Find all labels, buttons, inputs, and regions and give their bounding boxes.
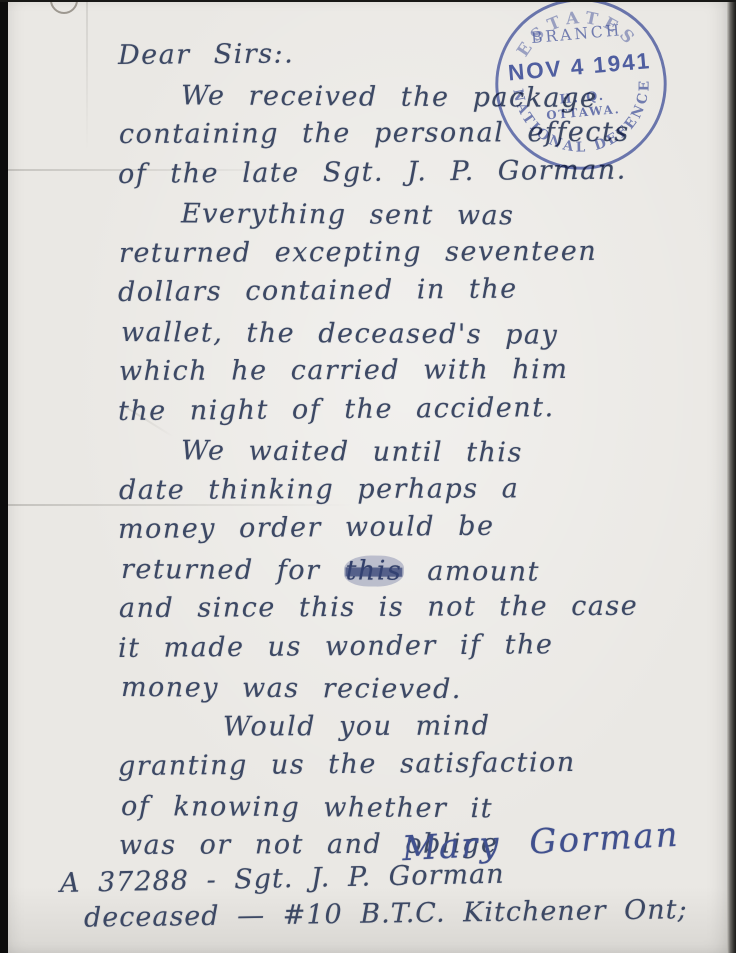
letter-line: money order would be	[118, 505, 718, 550]
scan-edge-right	[727, 0, 736, 953]
letter-line: which he carried with him	[119, 349, 718, 391]
letter-line: returned excepting seventeen	[119, 231, 718, 273]
stamp-city-text: OTTAWA.	[546, 102, 621, 122]
scan-edge-left	[0, 0, 8, 953]
footer-annotation: A 37288 - Sgt. J. P. Gorman deceased — #…	[60, 866, 688, 936]
struck-word: this	[343, 555, 404, 586]
letter-line: and since this is not the case	[119, 586, 718, 628]
address-line: deceased — #10 B.T.C. Kitchener Ont;	[60, 892, 688, 936]
letter-line: date thinking perhaps a	[119, 468, 718, 510]
letter-line: Everything sent was	[121, 194, 718, 237]
letter-line: money was recieved.	[121, 668, 718, 711]
letter-line: the night of the accident.	[118, 386, 718, 431]
strike-pre-text: returned for	[121, 554, 344, 586]
scanned-letter-page: { "stamp": { "color": "#4053a8", "arc_to…	[0, 0, 736, 953]
paper-crease	[86, 2, 88, 152]
letter-line: it made us wonder if the	[118, 623, 718, 668]
date-stamp-icon: ESTATES BRANCH NOV 4 1941 H. Q. OTTAWA. …	[480, 0, 682, 190]
letter-line: dollars contained in the	[118, 268, 718, 313]
strike-post-text: amount	[404, 555, 540, 587]
letter-line: granting us the satisfaction	[118, 742, 718, 787]
letter-line: Would you mind	[119, 705, 718, 747]
paperclip-mark	[50, 0, 78, 14]
letter-line: We waited until this	[121, 431, 718, 474]
scan-edge-top	[0, 0, 736, 2]
